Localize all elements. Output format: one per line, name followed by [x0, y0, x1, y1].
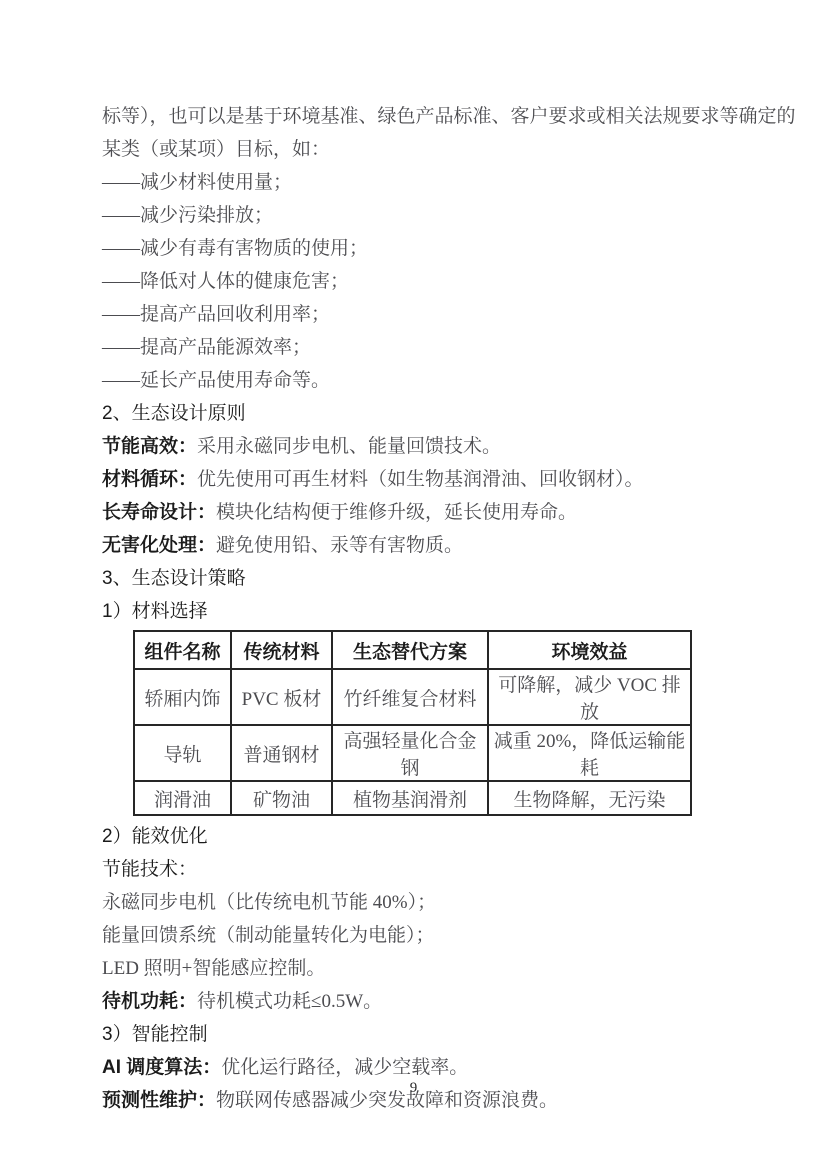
table-cell: 轿厢内饰 [134, 669, 231, 725]
subsection-heading-material-selection: 1）材料选择 [102, 595, 730, 628]
table-header-cell: 传统材料 [231, 631, 332, 669]
standby-power-text: 待机模式功耗≤0.5W。 [197, 991, 382, 1012]
materials-table: 组件名称 传统材料 生态替代方案 环境效益 轿厢内饰 PVC 板材 竹纤维复合材… [133, 630, 692, 816]
principle-text: 避免使用铅、汞等有害物质。 [216, 535, 463, 556]
table-cell: 润滑油 [134, 781, 231, 815]
principle-item: 长寿命设计：模块化结构便于维修升级，延长使用寿命。 [102, 496, 730, 529]
principle-item: 节能高效：采用永磁同步电机、能量回馈技术。 [102, 430, 730, 463]
principle-label: 长寿命设计： [102, 502, 216, 523]
subsection-heading-smart-control: 3）智能控制 [102, 1018, 730, 1051]
energy-tech-item: LED 照明+智能感应控制。 [102, 952, 730, 985]
table-header-cell: 环境效益 [488, 631, 691, 669]
smart-control-text: 优化运行路径，减少空载率。 [221, 1057, 468, 1078]
goal-item: ——延长产品使用寿命等。 [102, 364, 730, 397]
table-row: 润滑油 矿物油 植物基润滑剂 生物降解，无污染 [134, 781, 691, 815]
table-cell: 减重 20%，降低运输能耗 [488, 725, 691, 781]
section-heading-strategy: 3、生态设计策略 [102, 562, 730, 595]
goal-item: ——减少材料使用量； [102, 166, 730, 199]
principle-text: 优先使用可再生材料（如生物基润滑油、回收钢材）。 [197, 469, 644, 490]
table-cell: 可降解，减少 VOC 排放 [488, 669, 691, 725]
smart-control-label: AI 调度算法： [102, 1057, 221, 1078]
principle-text: 采用永磁同步电机、能量回馈技术。 [197, 436, 501, 457]
table-cell: 植物基润滑剂 [332, 781, 488, 815]
subsection-heading-energy-optimization: 2）能效优化 [102, 820, 730, 853]
principle-item: 无害化处理：避免使用铅、汞等有害物质。 [102, 529, 730, 562]
table-header-cell: 生态替代方案 [332, 631, 488, 669]
table-cell: 生物降解，无污染 [488, 781, 691, 815]
goal-item: ——提高产品回收利用率； [102, 298, 730, 331]
table-row: 导轨 普通钢材 高强轻量化合金钢 减重 20%，降低运输能耗 [134, 725, 691, 781]
energy-tech-item: 永磁同步电机（比传统电机节能 40%）； [102, 886, 730, 919]
goal-item: ——减少有毒有害物质的使用； [102, 232, 730, 265]
goal-item: ——降低对人体的健康危害； [102, 265, 730, 298]
document-content: 标等），也可以是基于环境基准、绿色产品标准、客户要求或相关法规要求等确定的 某类… [102, 100, 730, 1117]
standby-power-label: 待机功耗： [102, 991, 197, 1012]
table-cell: 普通钢材 [231, 725, 332, 781]
principle-label: 节能高效： [102, 436, 197, 457]
table-header-cell: 组件名称 [134, 631, 231, 669]
table-cell: 矿物油 [231, 781, 332, 815]
table-cell: 导轨 [134, 725, 231, 781]
standby-power-item: 待机功耗：待机模式功耗≤0.5W。 [102, 985, 730, 1018]
principle-label: 材料循环： [102, 469, 197, 490]
energy-tech-label: 节能技术： [102, 853, 730, 886]
intro-line: 标等），也可以是基于环境基准、绿色产品标准、客户要求或相关法规要求等确定的 [102, 100, 730, 133]
goal-item: ——提高产品能源效率； [102, 331, 730, 364]
energy-tech-item: 能量回馈系统（制动能量转化为电能）； [102, 919, 730, 952]
principle-item: 材料循环：优先使用可再生材料（如生物基润滑油、回收钢材）。 [102, 463, 730, 496]
page-number: 9 [0, 1080, 827, 1097]
document-page: 标等），也可以是基于环境基准、绿色产品标准、客户要求或相关法规要求等确定的 某类… [0, 0, 827, 1169]
table-cell: 竹纤维复合材料 [332, 669, 488, 725]
table-header-row: 组件名称 传统材料 生态替代方案 环境效益 [134, 631, 691, 669]
table-cell: PVC 板材 [231, 669, 332, 725]
section-heading-principles: 2、生态设计原则 [102, 397, 730, 430]
goal-item: ——减少污染排放； [102, 199, 730, 232]
intro-line: 某类（或某项）目标，如： [102, 133, 730, 166]
table-cell: 高强轻量化合金钢 [332, 725, 488, 781]
principle-label: 无害化处理： [102, 535, 216, 556]
table-row: 轿厢内饰 PVC 板材 竹纤维复合材料 可降解，减少 VOC 排放 [134, 669, 691, 725]
principle-text: 模块化结构便于维修升级，延长使用寿命。 [216, 502, 577, 523]
